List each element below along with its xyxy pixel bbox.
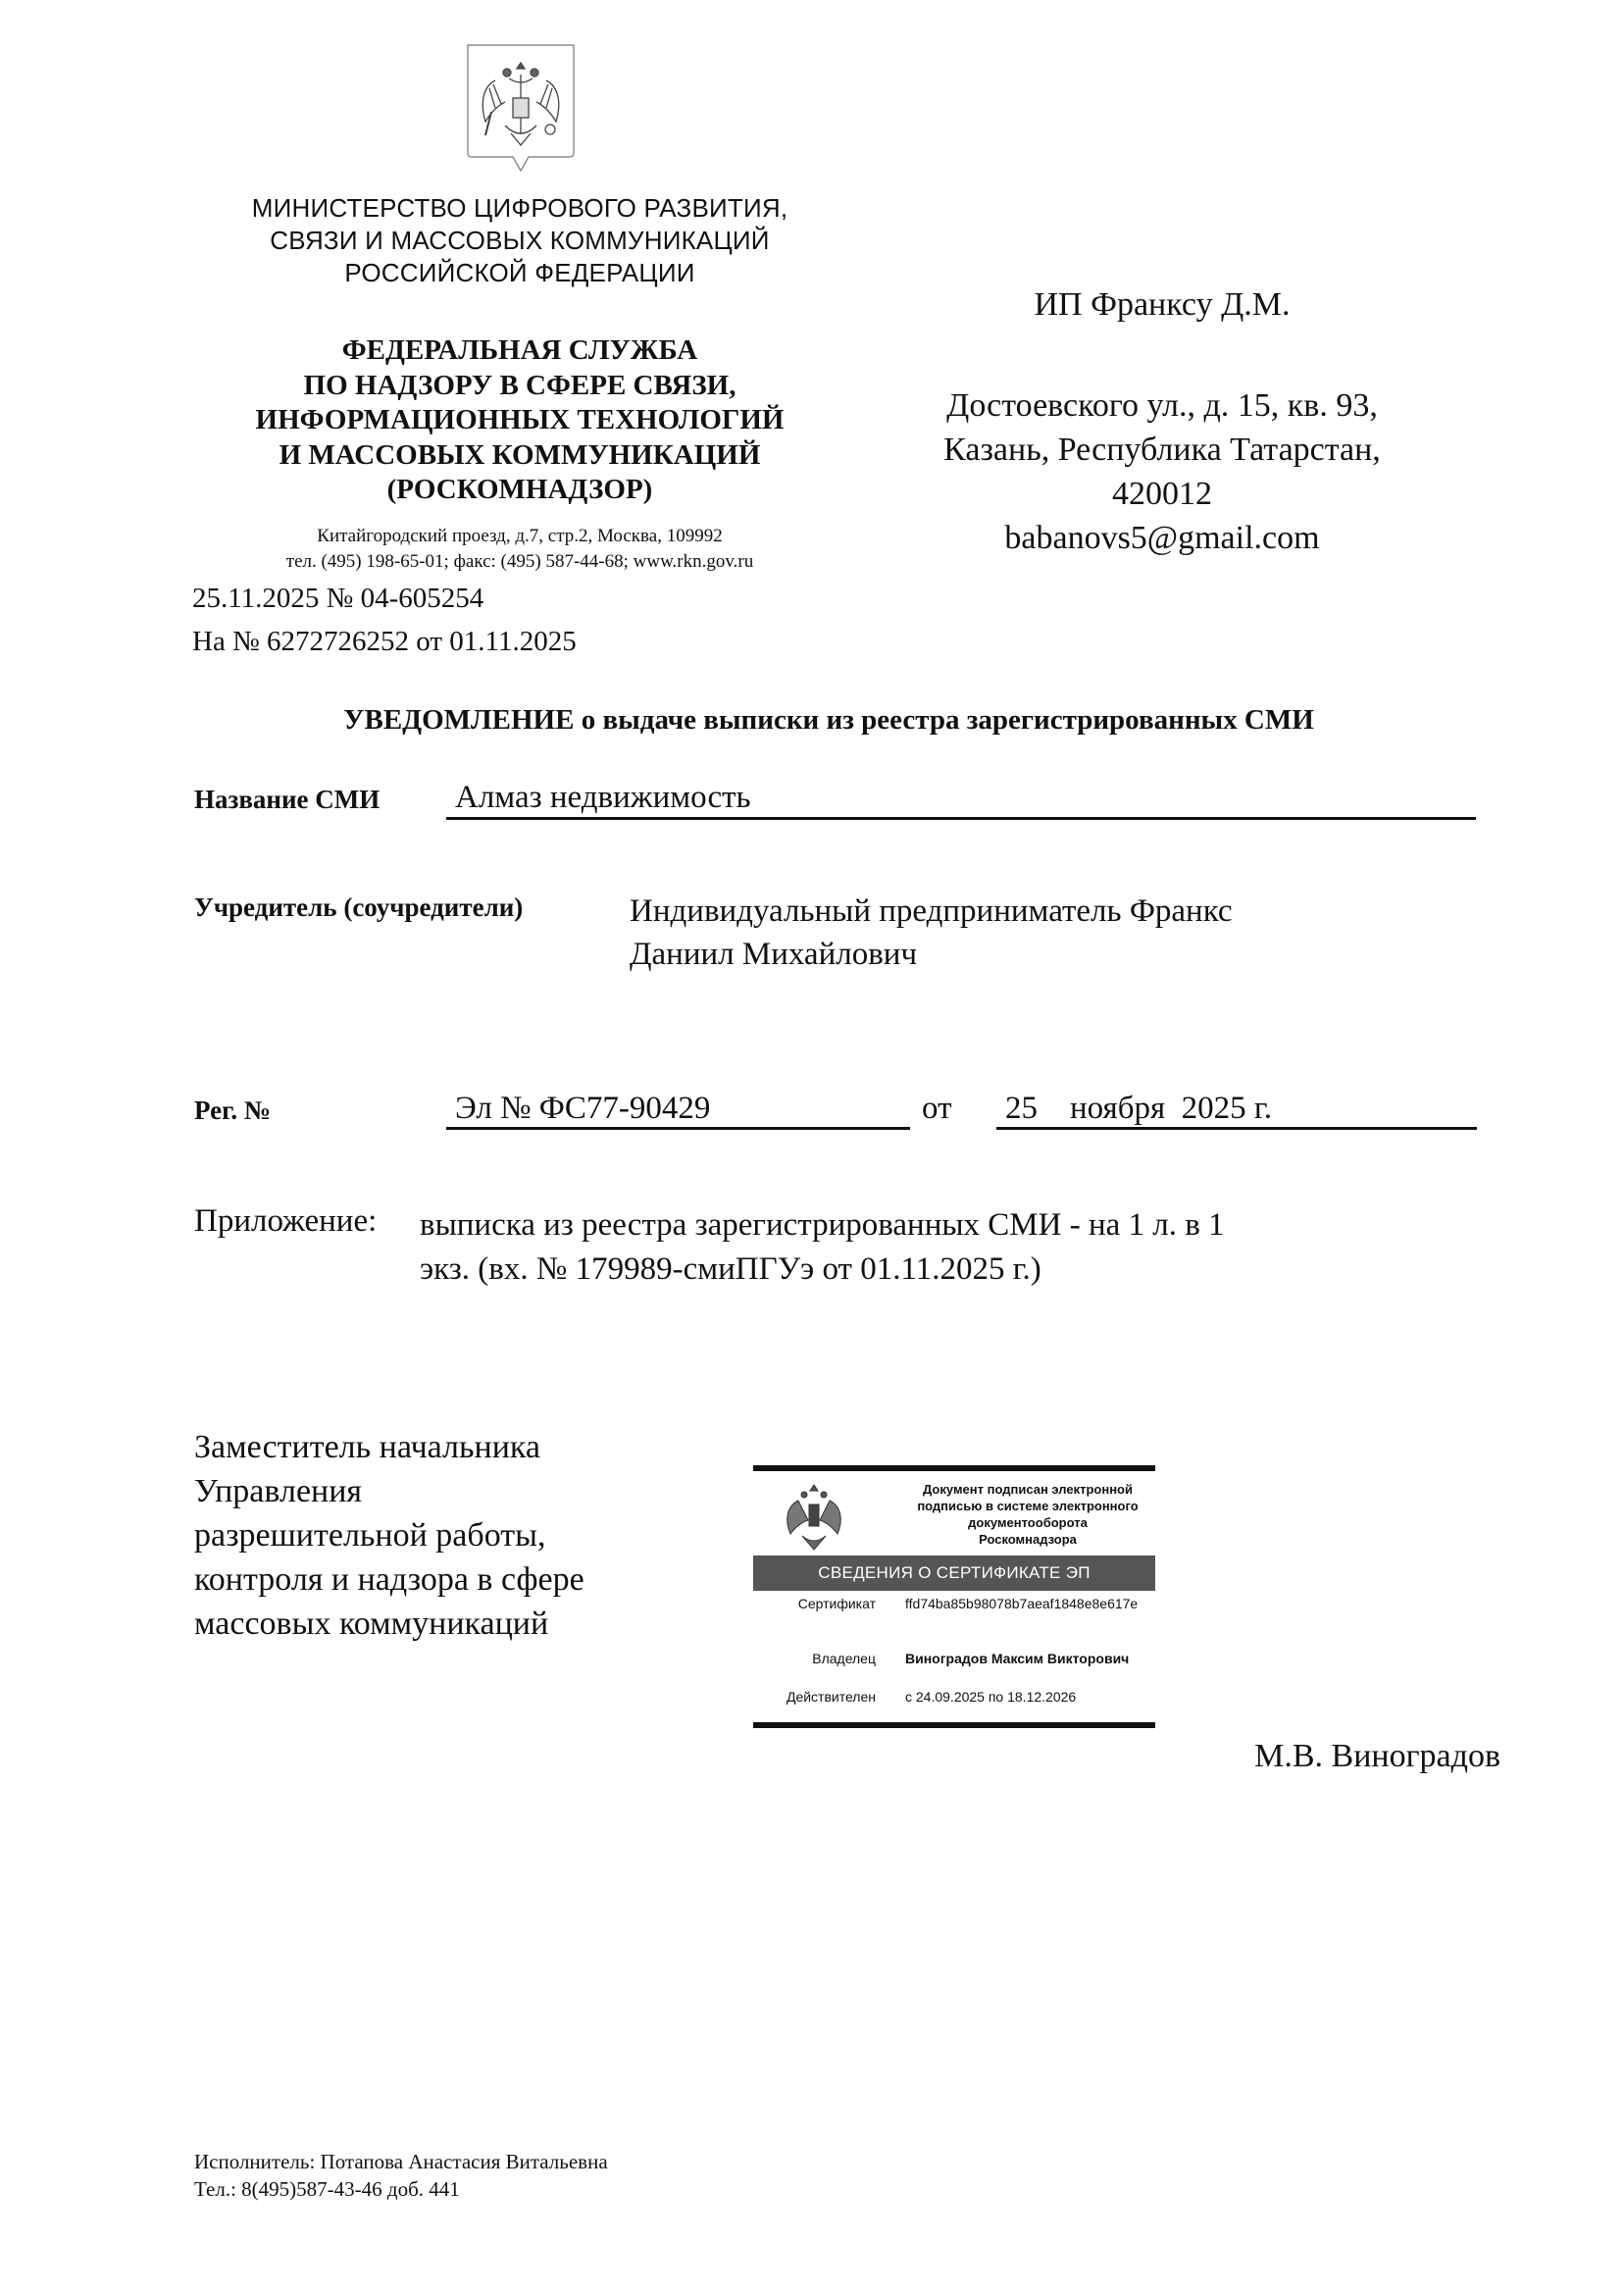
reg-date-underline: [996, 1127, 1477, 1130]
ministry-line: РОССИЙСКОЙ ФЕДЕРАЦИИ: [177, 257, 863, 289]
signer-name: М.В. Виноградов: [1206, 1738, 1500, 1775]
service-line: ПО НАДЗОРУ В СФЕРЕ СВЯЗИ,: [177, 369, 863, 404]
ministry-line: СВЯЗИ И МАССОВЫХ КОММУНИКАЦИЙ: [177, 225, 863, 257]
attachment-value: выписка из реестра зарегистрированных СМ…: [420, 1203, 1459, 1292]
reg-number-value: Эл № ФС77-90429: [455, 1091, 710, 1127]
service-line: И МАССОВЫХ КОММУНИКАЦИЙ: [177, 438, 863, 474]
addressee-address-line: Достоевского ул., д. 15, кв. 93,: [863, 383, 1461, 428]
stamp-eagle-icon: [779, 1481, 849, 1552]
service-line: ФЕДЕРАЛЬНАЯ СЛУЖБА: [177, 333, 863, 369]
service-address: Китайгородский проезд, д.7, стр.2, Москв…: [177, 524, 863, 575]
stamp-top-bar: [753, 1465, 1155, 1471]
stamp-heading-line: подписью в системе электронного: [905, 1498, 1150, 1514]
media-name-label: Название СМИ: [194, 785, 380, 815]
incoming-ref: На № 6272726252 от 01.11.2025: [192, 620, 577, 663]
addressee-address-line: Казань, Республика Татарстан,: [863, 428, 1461, 472]
stamp-owner-value: Виноградов Максим Викторович: [905, 1650, 1145, 1668]
executor-name: Исполнитель: Потапова Анастасия Витальев…: [194, 2148, 608, 2175]
e-signature-stamp: Документ подписан электронной подписью в…: [753, 1465, 1155, 1728]
stamp-heading: Документ подписан электронной подписью в…: [905, 1481, 1150, 1548]
reg-number-label: Рег. №: [194, 1096, 271, 1126]
stamp-certificate-label: Сертификат: [753, 1595, 876, 1613]
executor-block: Исполнитель: Потапова Анастасия Витальев…: [194, 2148, 608, 2203]
service-line: (РОСКОМНАДЗОР): [177, 473, 863, 508]
founder-value: Индивидуальный предприниматель Франкс Да…: [630, 890, 1473, 976]
addressee-name: ИП Франксу Д.М.: [863, 282, 1461, 327]
media-name-underline: [446, 817, 1476, 820]
signatory-position-line: контроля и надзора в сфере: [194, 1557, 685, 1602]
signatory-position-line: Управления: [194, 1469, 685, 1513]
founder-value-line: Даниил Михайлович: [630, 933, 1473, 976]
signatory-position-line: Заместитель начальника: [194, 1425, 685, 1469]
signatory-position-line: разрешительной работы,: [194, 1513, 685, 1557]
ministry-line: МИНИСТЕРСТВО ЦИФРОВОГО РАЗВИТИЯ,: [177, 192, 863, 225]
stamp-heading-line: Документ подписан электронной: [905, 1481, 1150, 1498]
service-line: ИНФОРМАЦИОННЫХ ТЕХНОЛОГИЙ: [177, 403, 863, 438]
service-postal-address: Китайгородский проезд, д.7, стр.2, Москв…: [177, 524, 863, 549]
addressee-block: ИП Франксу Д.М. Достоевского ул., д. 15,…: [863, 282, 1461, 560]
stamp-certificate-value: ffd74ba85b98078b7aeaf1848e8e617e: [905, 1595, 1145, 1613]
attachment-label: Приложение:: [194, 1203, 377, 1240]
addressee-email: babanovs5@gmail.com: [863, 516, 1461, 560]
signatory-position: Заместитель начальника Управления разреш…: [194, 1425, 685, 1646]
attachment-line: выписка из реестра зарегистрированных СМ…: [420, 1203, 1459, 1248]
stamp-bottom-bar: [753, 1722, 1155, 1728]
service-name: ФЕДЕРАЛЬНАЯ СЛУЖБА ПО НАДЗОРУ В СФЕРЕ СВ…: [177, 333, 863, 508]
attachment-line: экз. (вх. № 179989-смиПГУэ от 01.11.2025…: [420, 1248, 1459, 1292]
reg-from-label: от: [922, 1091, 952, 1127]
stamp-validity-label: Действителен: [753, 1688, 876, 1707]
reg-date-value: 25 ноября 2025 г.: [1005, 1091, 1272, 1127]
founder-label: Учредитель (соучредители): [194, 892, 523, 923]
stamp-heading-line: документооборота: [905, 1514, 1150, 1531]
ministry-name: МИНИСТЕРСТВО ЦИФРОВОГО РАЗВИТИЯ, СВЯЗИ И…: [177, 192, 863, 289]
signatory-position-line: массовых коммуникаций: [194, 1602, 685, 1646]
addressee-postcode: 420012: [863, 472, 1461, 516]
document-title-rest: о выдаче выписки из реестра зарегистриро…: [574, 704, 1313, 736]
document-title: УВЕДОМЛЕНИЕ о выдаче выписки из реестра …: [177, 704, 1481, 737]
service-contacts: тел. (495) 198-65-01; факс: (495) 587-44…: [177, 549, 863, 575]
reg-number-underline: [446, 1127, 910, 1130]
stamp-heading-line: Роскомнадзора: [905, 1531, 1150, 1548]
media-name-value: Алмаз недвижимость: [455, 780, 751, 816]
outgoing-ref: 25.11.2025 № 04-605254: [192, 577, 577, 620]
founder-value-line: Индивидуальный предприниматель Франкс: [630, 890, 1473, 933]
stamp-validity-value: с 24.09.2025 по 18.12.2026: [905, 1688, 1145, 1707]
document-title-bold: УВЕДОМЛЕНИЕ: [343, 704, 574, 736]
document-refs: 25.11.2025 № 04-605254 На № 6272726252 о…: [192, 577, 577, 663]
stamp-owner-label: Владелец: [753, 1650, 876, 1668]
stamp-certificate-band: СВЕДЕНИЯ О СЕРТИФИКАТЕ ЭП: [753, 1555, 1155, 1591]
coat-of-arms-emblem: [466, 43, 576, 173]
eagle-icon: [466, 43, 576, 173]
executor-phone: Тел.: 8(495)587-43-46 доб. 441: [194, 2175, 608, 2203]
